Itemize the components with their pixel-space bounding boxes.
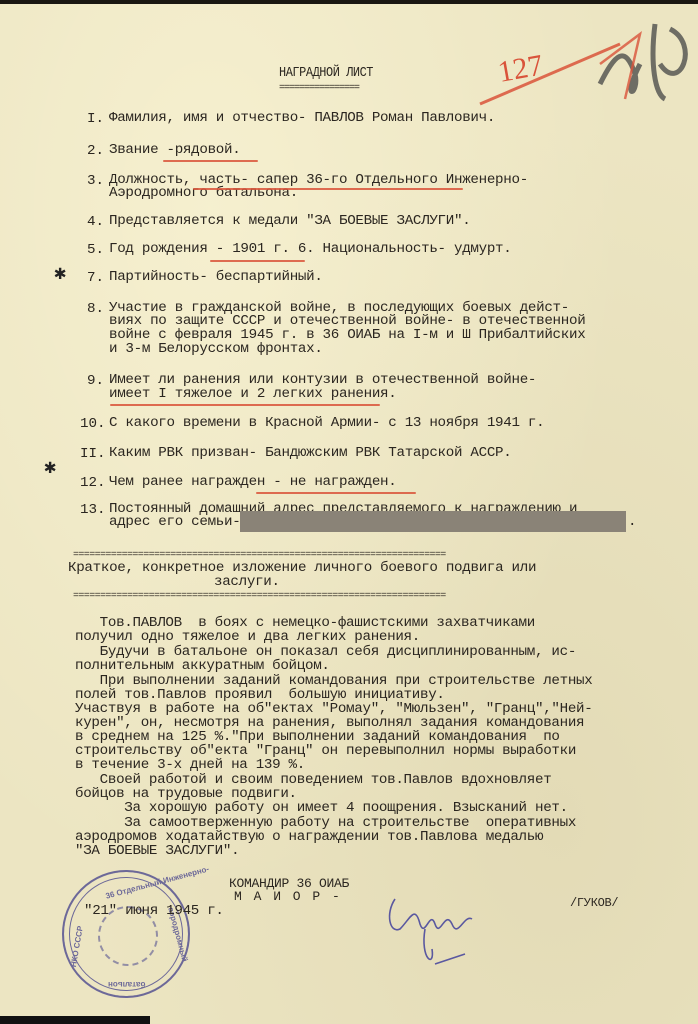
narrative-line: полнительным аккуратным бойцом.: [75, 659, 330, 674]
scan-edge: [0, 1016, 150, 1024]
item-birth-nationality: Год рождения - 1901 г. 6. Национальность…: [109, 242, 511, 257]
item-number: 4.: [87, 214, 104, 230]
official-stamp: 36 Отдельный Инженерно- НКО СССР батальо…: [62, 870, 190, 998]
red-underline: [193, 188, 463, 190]
item-number: 7.: [87, 270, 104, 286]
red-underline: [210, 260, 305, 262]
red-underline: [110, 404, 380, 406]
item-number: II.: [80, 446, 106, 462]
item-medal: Представляется к медали "ЗА БОЕВЫЕ ЗАСЛУ…: [109, 214, 470, 229]
separator-line: ========================================…: [73, 591, 446, 602]
red-underline: [256, 492, 416, 494]
redacted-address: [240, 511, 626, 532]
item-participation-cont: и 3-м Белорусском фронтах.: [109, 342, 323, 357]
pencil-annotations: 127: [470, 4, 698, 114]
signature-name: /ГУКОВ/: [570, 896, 618, 911]
narrative-line: получил одно тяжелое и два легких ранени…: [75, 630, 420, 645]
item-number: 13.: [80, 502, 106, 518]
handwritten-signature: [380, 889, 490, 969]
item-wounds-cont: имеет I тяжелое и 2 легких ранения.: [109, 387, 397, 402]
item-previous-awards: Чем ранее награжден - не награжден.: [109, 475, 397, 490]
item-full-name: Фамилия, имя и отчество- ПАВЛОВ Роман Па…: [109, 111, 495, 126]
red-pencil-number: 127: [495, 49, 545, 89]
item-number: 3.: [87, 173, 104, 189]
item-address-cont: адрес его семьи-: [109, 515, 240, 530]
item-service-since: С какого времени в Красной Армии- с 13 н…: [109, 416, 544, 431]
item-party: Партийность- беспартийный.: [109, 270, 323, 285]
section-heading-cont: заслуги.: [214, 575, 280, 590]
section-heading: Краткое, конкретное изложение личного бо…: [68, 561, 536, 576]
page-title: НАГРАДНОЙ ЛИСТ: [279, 66, 373, 81]
ink-blot-icon: ✱: [54, 260, 66, 286]
item-conscription: Каким РВК призван- Бандюжским РВК Татарс…: [109, 446, 511, 461]
title-underline: ================: [279, 81, 359, 96]
item-number: 8.: [87, 301, 104, 317]
narrative-line: в течение 3-х дней на 139 %.: [75, 758, 305, 773]
item-number: I.: [87, 111, 104, 127]
item-number: 12.: [80, 475, 106, 491]
item-number: 10.: [80, 416, 106, 432]
ink-blot-icon: ✱: [44, 454, 56, 480]
narrative-line: "ЗА БОЕВЫЕ ЗАСЛУГИ".: [75, 844, 239, 859]
item-number: 9.: [87, 373, 104, 389]
item-rank: Звание -рядовой.: [109, 143, 240, 158]
signature-rank: М А И О Р -: [234, 889, 342, 904]
item-address-end: .: [628, 515, 636, 530]
item-number: 5.: [87, 242, 104, 258]
narrative-line: За хорошую работу он имеет 4 поощрения. …: [75, 801, 568, 816]
award-sheet-page: 127 НАГРАДНОЙ ЛИСТ ================ I. Ф…: [0, 4, 698, 1024]
red-underline: [163, 160, 258, 162]
item-number: 2.: [87, 143, 104, 159]
signature-date: "21" июня 1945 г.: [84, 904, 224, 919]
